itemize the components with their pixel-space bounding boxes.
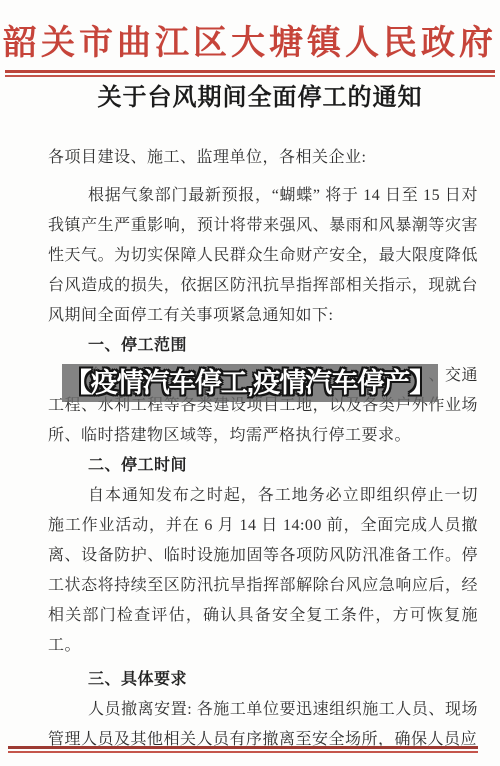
watermark-overlay: 【疫情汽车停工,疫情汽车停产】 — [62, 364, 438, 402]
rule-line-thin — [5, 75, 495, 77]
addressee-line: 各项目建设、施工、监理单位，各相关企业: — [48, 143, 478, 173]
intro-paragraph: 根据气象部门最新预报，“蝴蝶” 将于 14 日至 15 日对我镇产生严重影响，预… — [48, 181, 478, 331]
masthead-double-rule — [5, 70, 495, 77]
footer-double-rule — [8, 746, 478, 753]
government-masthead-title: 韶关市曲江区大塘镇人民政府 — [0, 24, 500, 64]
document-page: 韶关市曲江区大塘镇人民政府 关于台风期间全面停工的通知 各项目建设、施工、监理单… — [0, 0, 500, 766]
notice-title: 关于台风期间全面停工的通知 — [10, 82, 500, 114]
section-1-heading: 一、停工范围 — [48, 331, 478, 361]
document-body: 各项目建设、施工、监理单位，各相关企业: 根据气象部门最新预报，“蝴蝶” 将于 … — [48, 143, 478, 755]
watermark-covered-line: 全 、交通 【疫情汽车停工,疫情汽车停产】 — [48, 361, 478, 391]
section-2-paragraph: 自本通知发布之时起，各工地务必立即组织停止一切施工作业活动，并在 6 月 14 … — [48, 481, 478, 661]
rule-line-thin — [8, 751, 478, 753]
section-2-heading: 二、停工时间 — [48, 451, 478, 481]
section-3-heading: 三、具体要求 — [48, 665, 478, 695]
watermark-text: 【疫情汽车停工,疫情汽车停产】 — [65, 368, 436, 398]
